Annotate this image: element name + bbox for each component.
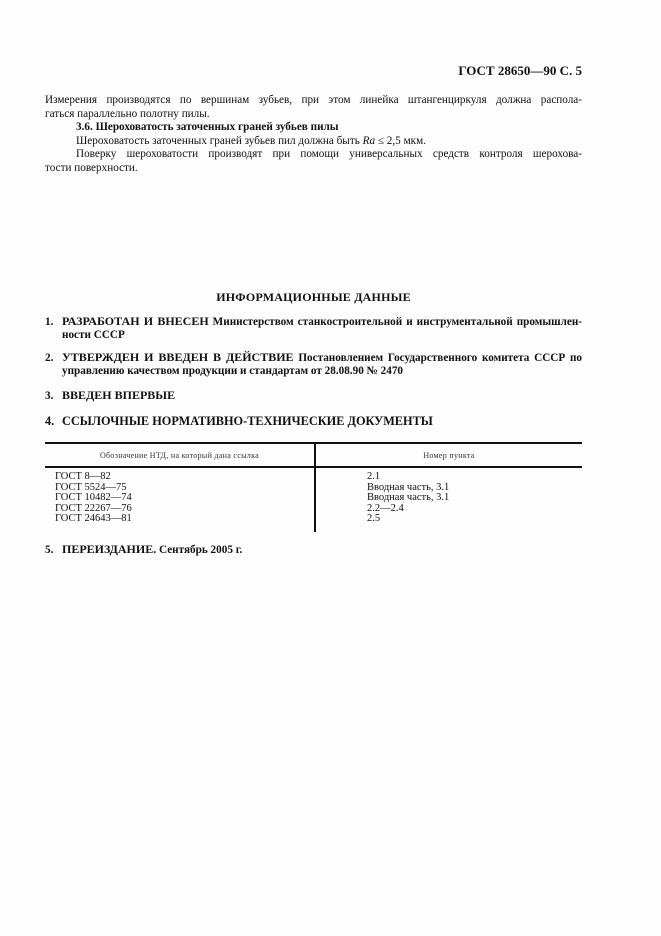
paragraph-line: тости поверхности. (45, 162, 582, 176)
item-number: 4. (45, 415, 62, 429)
item-number: 1. (45, 316, 62, 330)
table-cell: 2.5 (367, 514, 449, 525)
table-header-document: Обозначение НТД, на который дана ссылка (45, 451, 314, 460)
item-caps: РАЗРАБОТАН И ВНЕСЕН (62, 314, 209, 328)
table-cell: 2.1 (367, 472, 449, 483)
item-text: Постановлением Государственного комитета… (294, 352, 582, 364)
info-item-2: 2.УТВЕРЖДЕН И ВВЕДЕН В ДЕЙСТВИЕ Постанов… (45, 351, 582, 378)
table-cell: ГОСТ 8—82 (55, 472, 132, 483)
page-header-code: ГОСТ 28650—90 С. 5 (0, 63, 582, 79)
item-text: Министерством станкостроительной и инстр… (209, 316, 582, 328)
section-heading-3-6: 3.6. Шероховатость заточенных граней зуб… (45, 121, 582, 135)
text: Шероховатость заточенных граней зубьев п… (76, 135, 363, 147)
item-caps: ВВЕДЕН ВПЕРВЫЕ (62, 388, 175, 402)
item-caps: ПЕРЕИЗДАНИЕ. (62, 542, 156, 556)
ra-symbol: Ra (363, 135, 375, 147)
item-number: 5. (45, 544, 62, 558)
text: ≤ 2,5 мкм. (375, 135, 426, 147)
info-item-5: 5.ПЕРЕИЗДАНИЕ. Сентябрь 2005 г. (45, 543, 582, 558)
item-caps: ССЫЛОЧНЫЕ НОРМАТИВНО-ТЕХНИЧЕСКИЕ ДОКУМЕН… (62, 414, 433, 428)
info-item-4: 4.ССЫЛОЧНЫЕ НОРМАТИВНО-ТЕХНИЧЕСКИЕ ДОКУМ… (45, 415, 582, 429)
paragraph-line: Измерения производятся по вершинам зубье… (45, 94, 582, 108)
paragraph-roughness: Шероховатость заточенных граней зубьев п… (45, 135, 582, 149)
paragraph-line: гаться параллельно полотну пилы. (45, 108, 582, 122)
info-item-3: 3.ВВЕДЕН ВПЕРВЫЕ (45, 389, 582, 404)
item-number: 2. (45, 352, 62, 366)
table-column-documents: ГОСТ 8—82 ГОСТ 5524—75 ГОСТ 10482—74 ГОС… (55, 472, 132, 525)
references-table: Обозначение НТД, на который дана ссылка … (45, 442, 582, 532)
item-line: 2.УТВЕРЖДЕН И ВВЕДЕН В ДЕЙСТВИЕ Постанов… (45, 351, 582, 365)
table-column-clauses: 2.1 Вводная часть, 3.1 Вводная часть, 3.… (367, 472, 449, 525)
info-item-1: 1.РАЗРАБОТАН И ВНЕСЕН Министерством стан… (45, 315, 582, 342)
item-text: Сентябрь 2005 г. (156, 544, 242, 556)
paragraph-line: Поверку шероховатости производят при пом… (45, 148, 582, 162)
item-continuation: ности СССР (45, 329, 582, 343)
item-number: 3. (45, 390, 62, 404)
table-header-clause: Номер пункта (316, 451, 582, 460)
info-section-title: ИНФОРМАЦИОННЫЕ ДАННЫЕ (0, 290, 627, 305)
item-continuation: управлению качеством продукции и стандар… (45, 365, 582, 379)
body-text: Измерения производятся по вершинам зубье… (45, 94, 582, 176)
table-cell: ГОСТ 24643—81 (55, 514, 132, 525)
item-line: 1.РАЗРАБОТАН И ВНЕСЕН Министерством стан… (45, 315, 582, 329)
item-caps: УТВЕРЖДЕН И ВВЕДЕН В ДЕЙСТВИЕ (62, 350, 294, 364)
